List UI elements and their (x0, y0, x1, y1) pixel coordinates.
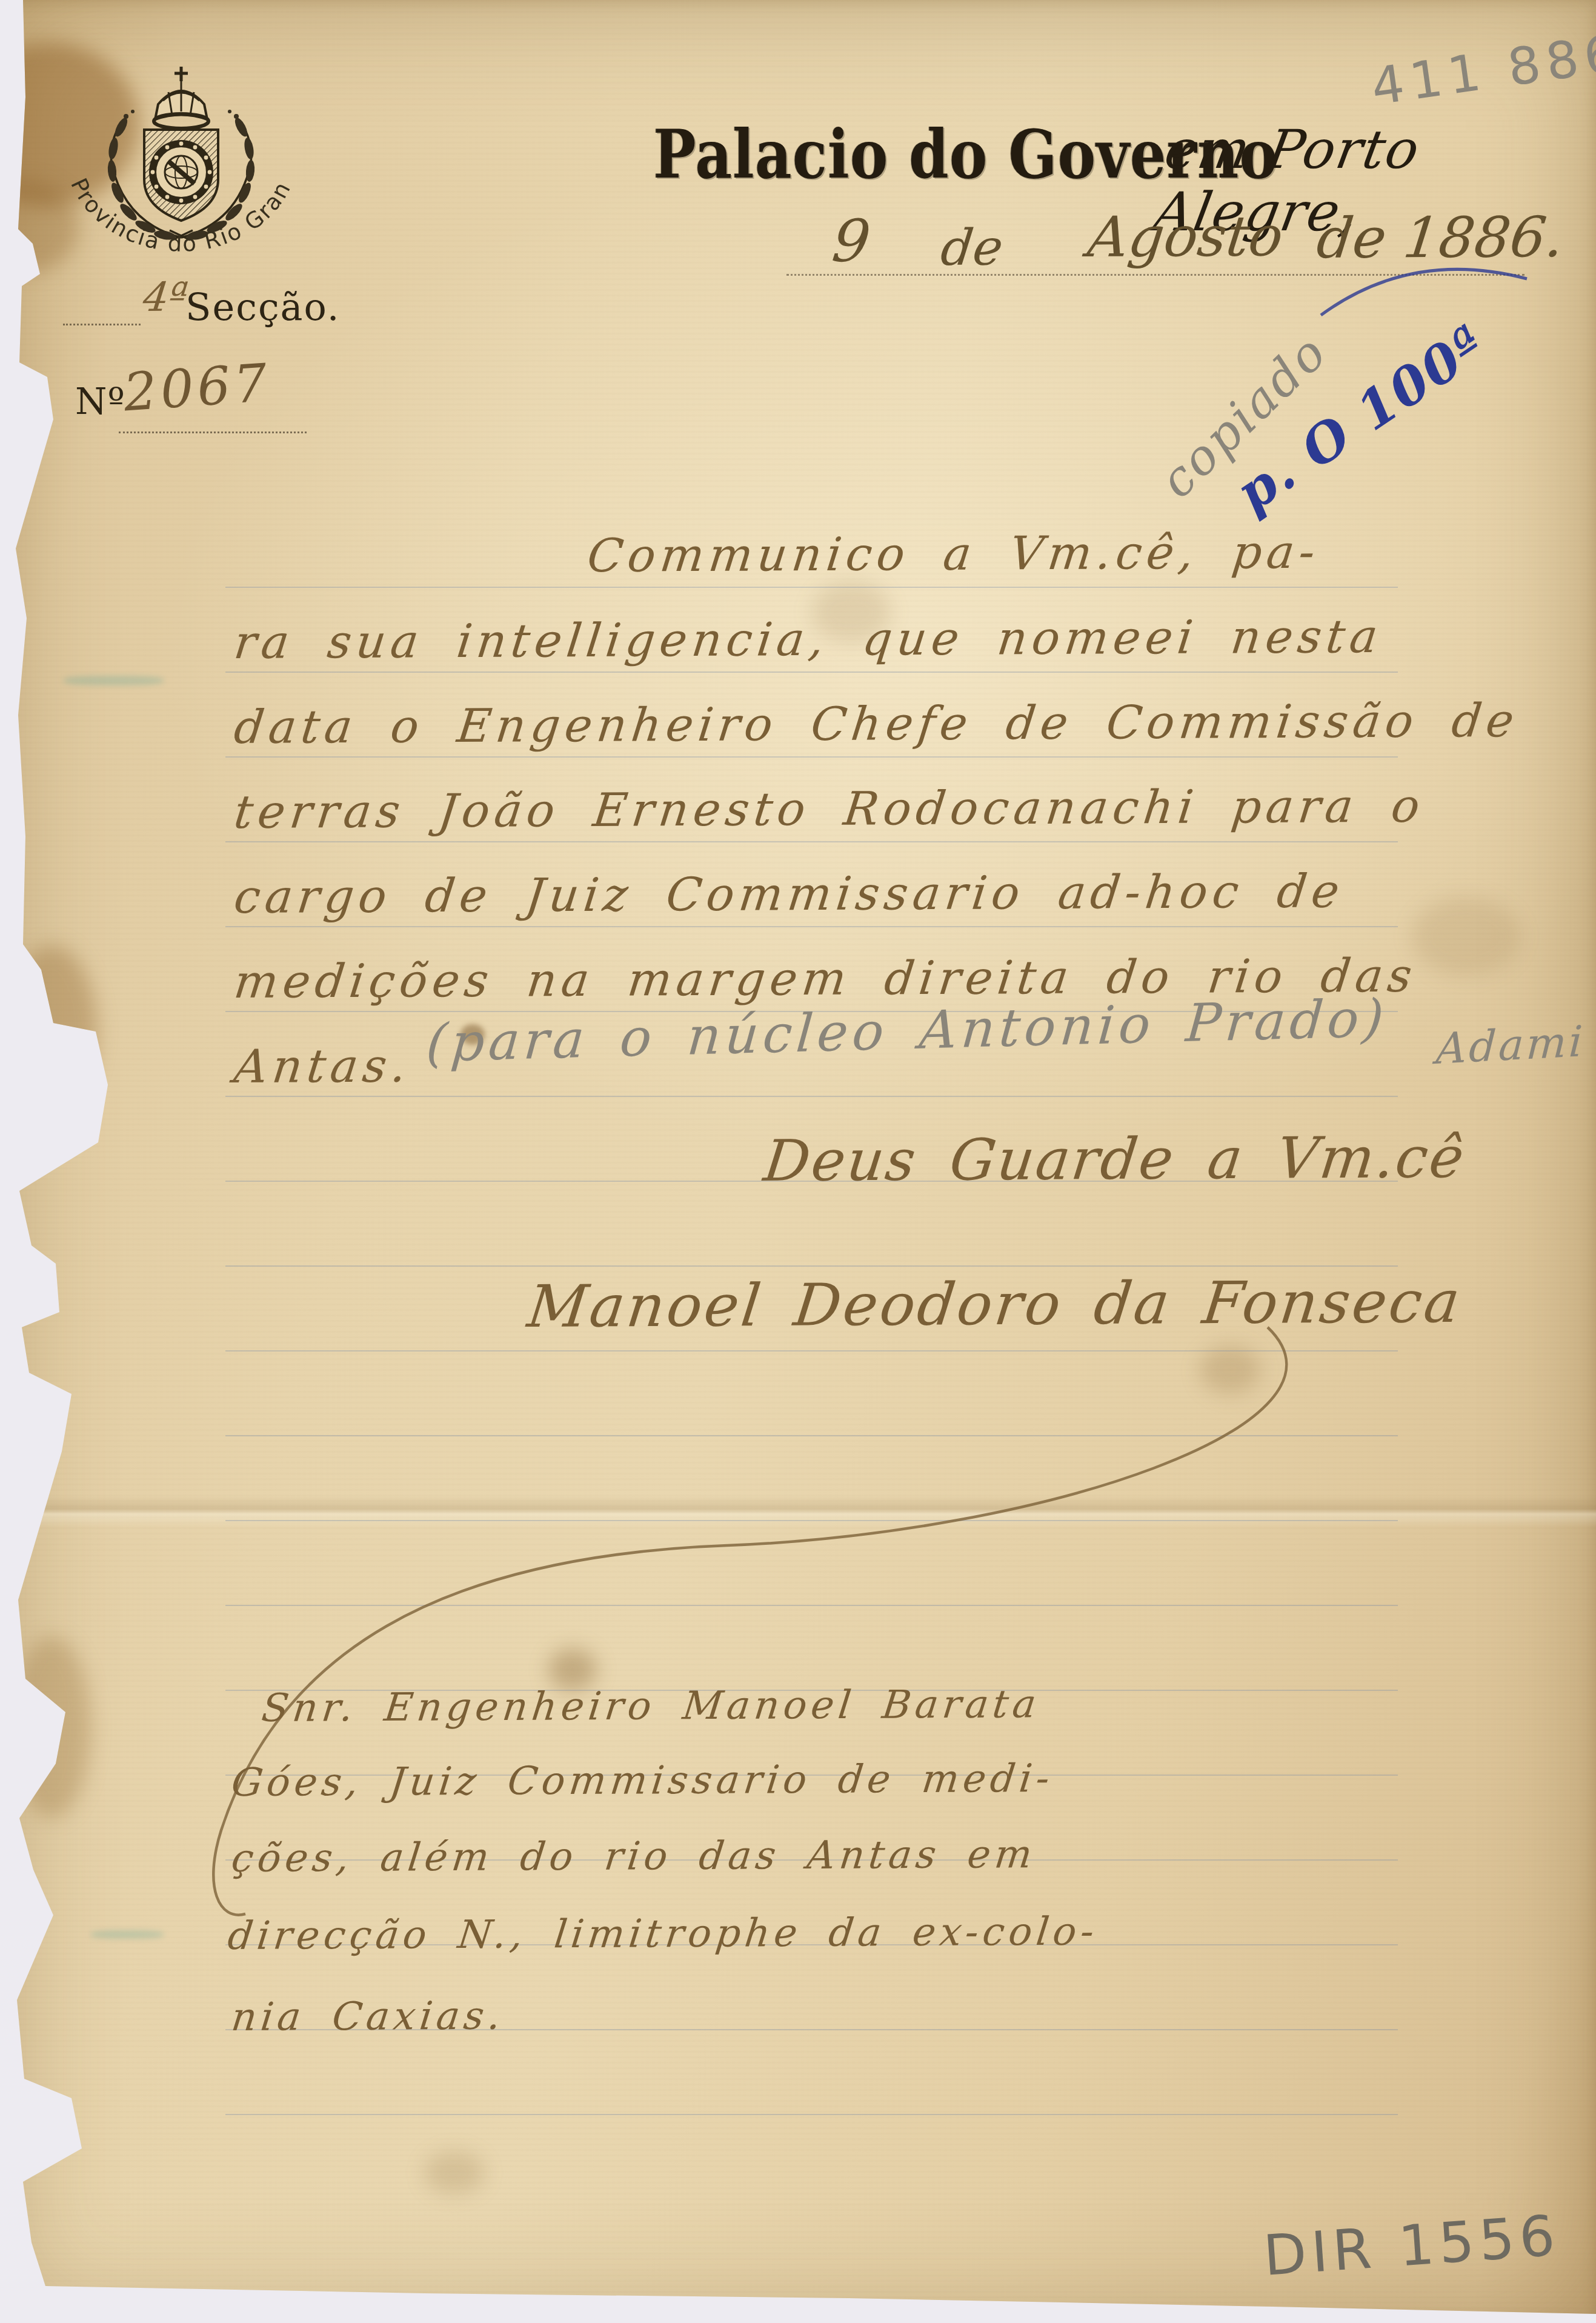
body-line: cargo de Juiz Commissario ad-hoc de (231, 864, 1347, 924)
body-line: terras João Ernesto Rodocanachi para o (231, 779, 1428, 839)
body-line: data o Engenheiro Chefe de Commissão de (231, 693, 1521, 754)
date-month: Agosto (1085, 204, 1286, 270)
stain (1412, 897, 1521, 976)
section-label: Secção. (185, 285, 341, 329)
imperial-crown (154, 81, 208, 128)
archive-ref-pencil-annotation: DIR 1556 (1262, 2203, 1562, 2288)
address-line: ções, além do rio das Antas em (229, 1832, 1039, 1881)
body-line-antas: Antas. (231, 1038, 414, 1093)
date-day: 9 (829, 207, 874, 275)
pencil-insertion-adami: Adami (1435, 1016, 1586, 1074)
blue-flourish-stroke (1309, 242, 1551, 364)
imperial-crest: Provincia do Rio Grande do Sul. (53, 61, 308, 303)
paper-sheet: Provincia do Rio Grande do Sul. 4ª Secçã… (0, 0, 1596, 2323)
teal-mark (64, 676, 164, 685)
farewell-line: Deus Guarde a Vm.cê (760, 1125, 1469, 1195)
address-line: Snr. Engenheiro Manoel Barata (259, 1682, 1043, 1731)
number-dotted-line (119, 432, 307, 433)
body-line: ra sua intelligencia, que nomeei nesta (231, 609, 1385, 669)
section-dotted-line (63, 324, 141, 325)
address-line: nia Caxias. (229, 1994, 507, 2040)
section-number-handwritten: 4ª (141, 274, 190, 321)
address-line: Góes, Juiz Commissario de medi- (229, 1756, 1056, 1805)
scanned-letter-1886: Provincia do Rio Grande do Sul. 4ª Secçã… (0, 0, 1596, 2323)
body-line: Communico a Vm.cê, pa- (585, 525, 1323, 582)
date-de: de (938, 219, 1006, 277)
address-line: direcção N., limitrophe da ex-colo- (225, 1909, 1100, 1959)
folio-pencil-annotation: 411 886 (1368, 22, 1596, 116)
stain (424, 2151, 485, 2194)
document-number-handwritten: 2067 (122, 353, 273, 424)
number-label: Nº (75, 381, 125, 423)
crown-cross (175, 67, 188, 81)
stain (6, 945, 97, 1115)
